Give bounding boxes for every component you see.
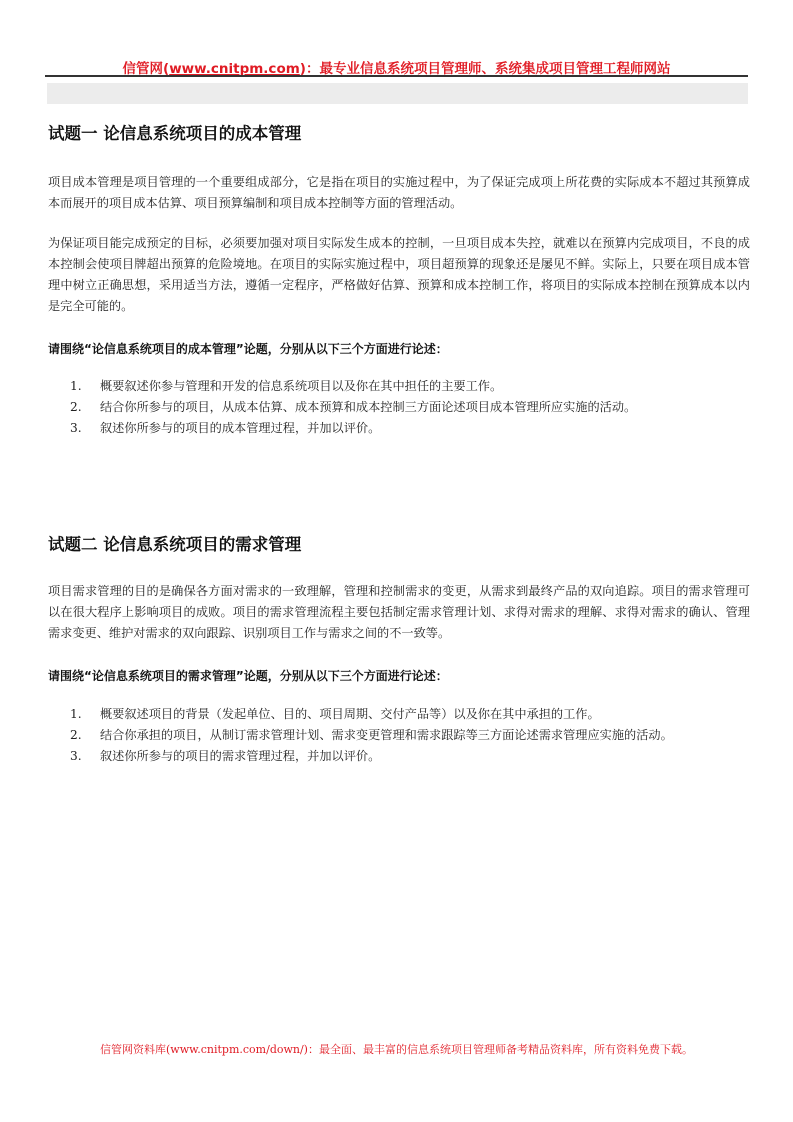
list-item: 3.叙述你所参与的项目的成本管理过程，并加以评价。 bbox=[48, 418, 750, 439]
topic-1-title-block: 试题一 论信息系统项目的成本管理 bbox=[48, 120, 750, 144]
topic-2-prompt-block: 请围绕“论信息系统项目的需求管理”论题，分别从以下三个方面进行论述： bbox=[48, 667, 750, 684]
list-item: 1.概要叙述你参与管理和开发的信息系统项目以及你在其中担任的主要工作。 bbox=[48, 376, 750, 397]
list-item: 3.叙述你所参与的项目的需求管理过程，并加以评价。 bbox=[48, 746, 788, 767]
list-item-text: 概要叙述项目的背景（发起单位、目的、项目周期、交付产品等）以及你在其中承担的工作… bbox=[100, 704, 600, 725]
topic-2-paragraph-1-block: 项目需求管理的目的是确保各方面对需求的一致理解，管理和控制需求的变更，从需求到最… bbox=[48, 581, 750, 644]
list-item-number: 2. bbox=[48, 397, 100, 418]
page-header-title: 信管网(www.cnitpm.com)：最专业信息系统项目管理师、系统集成项目管… bbox=[0, 57, 793, 77]
topic-1-paragraph-2-block: 为保证项目能完成预定的目标，必须要加强对项目实际发生成本的控制，一旦项目成本失控… bbox=[48, 233, 750, 317]
topic-2-prompt: 请围绕“论信息系统项目的需求管理”论题，分别从以下三个方面进行论述： bbox=[48, 667, 750, 684]
list-item-text: 叙述你所参与的项目的需求管理过程，并加以评价。 bbox=[100, 746, 380, 767]
topic-1-prompt: 请围绕“论信息系统项目的成本管理”论题，分别从以下三个方面进行论述： bbox=[48, 340, 750, 357]
list-item: 1.概要叙述项目的背景（发起单位、目的、项目周期、交付产品等）以及你在其中承担的… bbox=[48, 704, 788, 725]
topic-2-paragraph-1: 项目需求管理的目的是确保各方面对需求的一致理解，管理和控制需求的变更，从需求到最… bbox=[48, 581, 750, 644]
gray-banner-bar bbox=[47, 83, 748, 104]
topic-1-paragraph-1: 项目成本管理是项目管理的一个重要组成部分，它是指在项目的实施过程中，为了保证完成… bbox=[48, 172, 750, 214]
topic-1-requirements-list: 1.概要叙述你参与管理和开发的信息系统项目以及你在其中担任的主要工作。 2.结合… bbox=[48, 376, 750, 439]
topic-2-title-block: 试题二 论信息系统项目的需求管理 bbox=[48, 531, 750, 555]
header-divider bbox=[45, 75, 748, 77]
topic-2-requirements-list: 1.概要叙述项目的背景（发起单位、目的、项目周期、交付产品等）以及你在其中承担的… bbox=[48, 704, 788, 767]
list-item-text: 结合你所参与的项目，从成本估算、成本预算和成本控制三方面论述项目成本管理所应实施… bbox=[100, 397, 636, 418]
list-item-number: 2. bbox=[48, 725, 100, 746]
topic-1-prompt-block: 请围绕“论信息系统项目的成本管理”论题，分别从以下三个方面进行论述： bbox=[48, 340, 750, 357]
topic-2-list-block: 1.概要叙述项目的背景（发起单位、目的、项目周期、交付产品等）以及你在其中承担的… bbox=[48, 704, 788, 767]
list-item-text: 结合你承担的项目，从制订需求管理计划、需求变更管理和需求跟踪等三方面论述需求管理… bbox=[100, 725, 673, 746]
topic-1-title: 试题一 论信息系统项目的成本管理 bbox=[48, 120, 750, 144]
topic-1-list-block: 1.概要叙述你参与管理和开发的信息系统项目以及你在其中担任的主要工作。 2.结合… bbox=[48, 376, 750, 439]
list-item-text: 概要叙述你参与管理和开发的信息系统项目以及你在其中担任的主要工作。 bbox=[100, 376, 502, 397]
list-item-number: 3. bbox=[48, 418, 100, 439]
list-item-text: 叙述你所参与的项目的成本管理过程，并加以评价。 bbox=[100, 418, 380, 439]
page-footer: 信管网资料库(www.cnitpm.com/down/)：最全面、最丰富的信息系… bbox=[0, 1041, 793, 1057]
list-item-number: 3. bbox=[48, 746, 100, 767]
list-item: 2.结合你所参与的项目，从成本估算、成本预算和成本控制三方面论述项目成本管理所应… bbox=[48, 397, 750, 418]
topic-1-paragraph-2: 为保证项目能完成预定的目标，必须要加强对项目实际发生成本的控制，一旦项目成本失控… bbox=[48, 233, 750, 317]
list-item-number: 1. bbox=[48, 704, 100, 725]
topic-1-paragraph-1-block: 项目成本管理是项目管理的一个重要组成部分，它是指在项目的实施过程中，为了保证完成… bbox=[48, 172, 750, 214]
list-item-number: 1. bbox=[48, 376, 100, 397]
topic-2-title: 试题二 论信息系统项目的需求管理 bbox=[48, 531, 750, 555]
list-item: 2.结合你承担的项目，从制订需求管理计划、需求变更管理和需求跟踪等三方面论述需求… bbox=[48, 725, 788, 746]
